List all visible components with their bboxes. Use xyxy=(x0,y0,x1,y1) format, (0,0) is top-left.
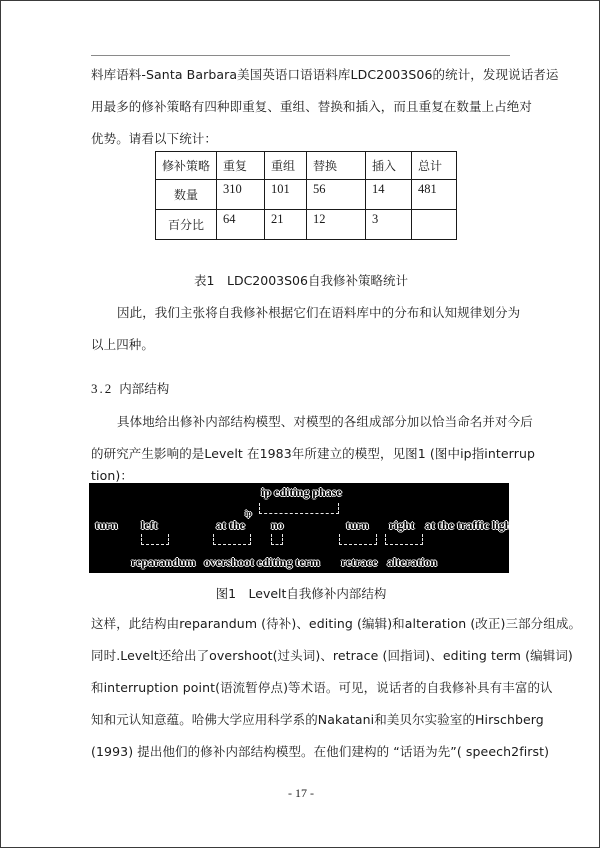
table-cell: 101 xyxy=(265,180,307,210)
figure-caption: 图1 Levelt自我修补内部结构 xyxy=(1,584,600,602)
section-title: 内部结构 xyxy=(119,381,169,396)
paragraph-line: tion)： xyxy=(91,466,511,484)
figure-bottom-label: reparandum xyxy=(131,555,195,570)
editing-phase-bracket xyxy=(259,503,339,514)
table-cell: 12 xyxy=(307,210,366,240)
document-page: 料库语料-Santa Barbara美国英语口语语料库LDC2003S06的统计… xyxy=(0,0,600,848)
figure-word: at the xyxy=(216,518,245,533)
figure-top-label: ip editing phase xyxy=(261,485,342,500)
reparandum-bracket xyxy=(141,534,169,545)
paragraph-line: 优势。请看以下统计： xyxy=(91,129,511,147)
table-header-row: 修补策略 重复 重组 替换 插入 总计 xyxy=(156,152,457,180)
table-header-cell: 替换 xyxy=(307,152,366,180)
editing-term-bracket xyxy=(271,534,283,545)
figure-word: left xyxy=(141,518,158,533)
paragraph-line: 因此，我们主张将自我修补根据它们在语料库中的分布和认知规律划分为 xyxy=(91,303,537,321)
table-cell: 21 xyxy=(265,210,307,240)
retrace-bracket xyxy=(339,534,377,545)
paragraph-line: 知和元认知意蕴。哈佛大学应用科学系的Nakatani和美贝尔实验室的Hirsch… xyxy=(91,710,511,728)
page-number: - 17 - xyxy=(1,786,600,801)
paragraph-line: (1993) 提出他们的修补内部结构模型。在他们建构的 “话语为先”( spee… xyxy=(91,742,511,760)
levelt-repair-structure-figure: ip editing phase turn left at the ip no … xyxy=(89,483,509,573)
table-cell: 3 xyxy=(366,210,412,240)
paragraph-line: 的研究产生影响的是Levelt 在1983年所建立的模型，见图1 (图中ip指i… xyxy=(91,444,511,462)
table-header-cell: 重组 xyxy=(265,152,307,180)
table-cell: 64 xyxy=(217,210,265,240)
overshoot-bracket xyxy=(213,534,251,545)
table-row: 百分比 64 21 12 3 xyxy=(156,210,457,240)
table-header-cell: 插入 xyxy=(366,152,412,180)
paragraph-line: 用最多的修补策略有四种即重复、重组、替换和插入，而且重复在数量上占绝对 xyxy=(91,97,511,115)
table-cell: 310 xyxy=(217,180,265,210)
alteration-bracket xyxy=(385,534,423,545)
paragraph-line: 料库语料-Santa Barbara美国英语口语语料库LDC2003S06的统计… xyxy=(91,65,511,83)
paragraph-line: 和interruption point(语流暂停点)等术语。可见，说话者的自我修… xyxy=(91,678,511,696)
table-row: 数量 310 101 56 14 481 xyxy=(156,180,457,210)
section-number: 3.2 xyxy=(91,381,113,396)
figure-word: turn xyxy=(346,518,369,533)
figure-word: turn xyxy=(95,518,118,533)
paragraph-line: 这样，此结构由reparandum (待补)、editing (编辑)和alte… xyxy=(91,614,511,632)
table-cell: 14 xyxy=(366,180,412,210)
row-label: 数量 xyxy=(156,180,217,210)
figure-word: right xyxy=(389,518,414,533)
paragraph-line: 以上四种。 xyxy=(91,335,511,353)
figure-word: no xyxy=(271,518,284,533)
header-rule xyxy=(91,55,510,56)
table-header-cell: 总计 xyxy=(412,152,457,180)
figure-bottom-label: overshoot editing term xyxy=(204,555,320,570)
table-caption: 表1 LDC2003S06自我修补策略统计 xyxy=(1,271,600,289)
figure-bottom-label: alteration xyxy=(387,555,437,570)
table-cell xyxy=(412,210,457,240)
strategy-statistics-table: 修补策略 重复 重组 替换 插入 总计 数量 310 101 56 14 481… xyxy=(155,151,457,240)
table-cell: 56 xyxy=(307,180,366,210)
paragraph-line: 具体地给出修补内部结构模型、对模型的各组成部分加以恰当命名并对今后 xyxy=(91,412,537,430)
figure-word-ip: ip xyxy=(245,509,252,518)
paragraph-line: 同时.Levelt还给出了overshoot(过头词)、retrace (回指词… xyxy=(91,646,511,664)
table-cell: 481 xyxy=(412,180,457,210)
figure-word: at the traffic light. xyxy=(425,518,509,533)
section-heading: 3.2内部结构 xyxy=(91,379,169,397)
row-label: 百分比 xyxy=(156,210,217,240)
table-header-cell: 重复 xyxy=(217,152,265,180)
table-header-cell: 修补策略 xyxy=(156,152,217,180)
figure-bottom-label: retrace xyxy=(341,555,377,570)
